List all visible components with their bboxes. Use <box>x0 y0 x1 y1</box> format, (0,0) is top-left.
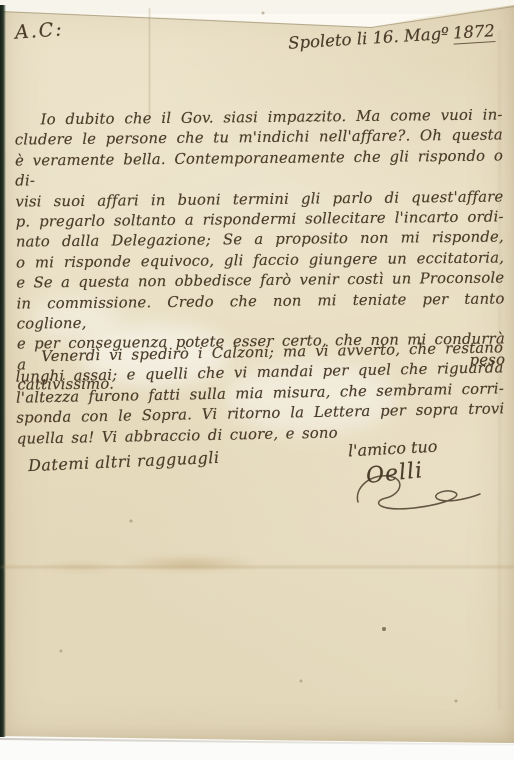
signature-flourish <box>336 468 486 520</box>
letter-scan: A.C: Spoleto li 16. Magº1872 Io dubito c… <box>0 0 514 760</box>
letter-line: è veramente bella. Contemporaneamente ch… <box>15 146 503 192</box>
letter-paragraph-2: Venerdì vi spedirò i Calzoni; ma vi avve… <box>15 338 505 449</box>
scanner-edge-strip <box>0 5 6 737</box>
letter-line: in commissione. Credo che non mi teniate… <box>16 289 504 335</box>
corner-annotation: A.C: <box>14 18 64 43</box>
vertical-crease <box>149 8 150 118</box>
fold-stain <box>120 556 260 572</box>
fold-stain <box>40 562 120 572</box>
year-underlined: 1872 <box>452 21 495 45</box>
